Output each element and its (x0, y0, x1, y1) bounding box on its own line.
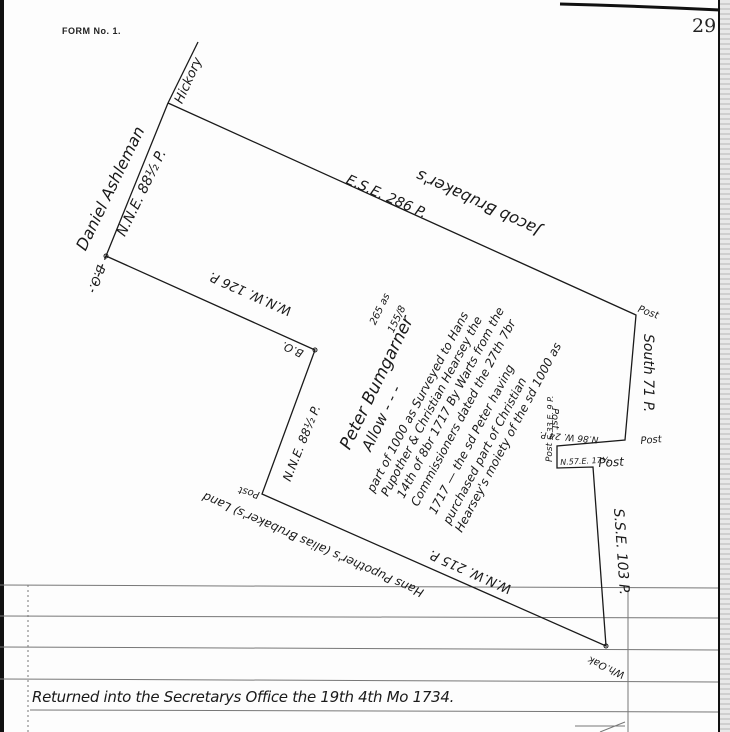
corner-post-south: Post (640, 434, 662, 447)
corner-markers (104, 254, 608, 648)
survey-plat-drawing (0, 0, 730, 732)
returned-into-office-note: Returned into the Secretarys Office the … (32, 688, 454, 706)
bearing-south: South 71 P. (640, 334, 656, 412)
bearing-s33e: S.33 E. 9 P. (546, 396, 555, 440)
ruled-lines (0, 585, 718, 732)
survey-document-page: FORM No. 1. 29 Daniel Ashleman (0, 0, 730, 732)
corner-post-notch-left: Post (545, 443, 555, 462)
top-rule (560, 4, 720, 10)
